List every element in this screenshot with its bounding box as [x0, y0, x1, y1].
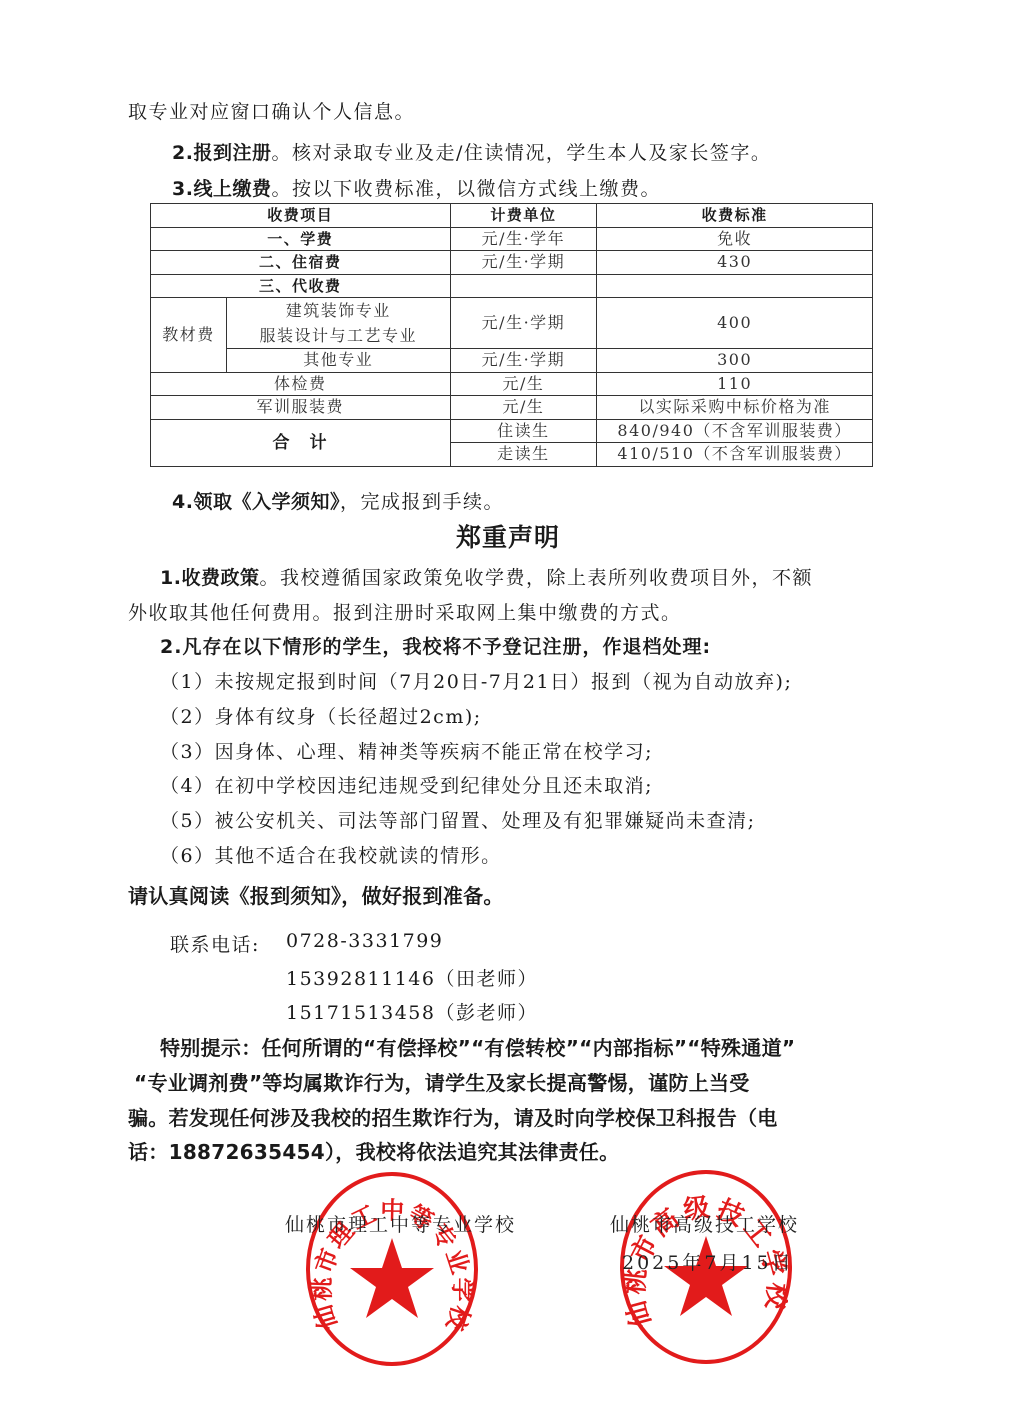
header-unit: 计费单位 [450, 204, 597, 228]
row-unit: 元/生 [450, 396, 597, 420]
header-item: 收费项目 [151, 204, 451, 228]
condition-2: （2）身体有纹身（长径超过2cm); [160, 702, 482, 729]
table-row: 合 计 住读生 840/940（不含军训服装费） [151, 419, 873, 443]
table-row: 二、住宿费 元/生·学期 430 [151, 251, 873, 275]
fee-table: 收费项目 计费单位 收费标准 一、学费 元/生·学年 免收 二、住宿费 元/生·… [150, 203, 873, 467]
row-unit [450, 274, 597, 298]
condition-6: （6）其他不适合在我校就读的情形。 [160, 841, 502, 868]
row-standard: 840/940（不含军训服装费） [597, 419, 873, 443]
row-standard: 300 [597, 349, 873, 373]
row-unit: 元/生·学期 [450, 298, 597, 349]
row-item: 一、学费 [151, 227, 451, 251]
reminder: 请认真阅读《报到须知》，做好报到准备。 [128, 880, 504, 909]
condition-4: （4）在初中学校因违纪违规受到纪律处分且还未取消; [160, 771, 653, 798]
contact-phone-1: 0728-3331799 [286, 930, 443, 952]
declaration-item-2-label: 2.凡存在以下情形的学生，我校将不予登记注册，作退档处理: [160, 632, 711, 659]
table-header-row: 收费项目 计费单位 收费标准 [151, 204, 873, 228]
seal-ring-text: 仙桃市理工中等专业学校 [310, 1176, 474, 1362]
row-standard: 430 [597, 251, 873, 275]
row-item: 二、住宿费 [151, 251, 451, 275]
signature-school-2: 仙桃市高级技工学校 [610, 1210, 799, 1237]
table-row: 三、代收费 [151, 274, 873, 298]
step-4: 4.领取《入学须知》，完成报到手续。 [172, 487, 504, 514]
row-item-majors: 建筑装饰专业 服装设计与工艺专业 [226, 298, 450, 349]
step-3-label: 3.线上缴费 [172, 178, 271, 200]
header-standard: 收费标准 [597, 204, 873, 228]
condition-1: （1）未按规定报到时间（7月20日-7月21日）报到（视为自动放弃); [160, 667, 792, 694]
row-standard: 110 [597, 372, 873, 396]
row-unit: 元/生 [450, 372, 597, 396]
seal-school-1: 仙桃市理工中等专业学校 [306, 1172, 478, 1366]
row-unit: 元/生·学期 [450, 251, 597, 275]
step-2-label: 2.报到注册 [172, 142, 271, 164]
row-unit: 走读生 [450, 443, 597, 467]
declaration-item-1-cont: 外收取其他任何费用。报到注册时采取网上集中缴费的方式。 [128, 598, 682, 625]
intro-continued-line: 取专业对应窗口确认个人信息。 [128, 97, 415, 124]
row-item: 军训服装费 [151, 396, 451, 420]
table-row: 军训服装费 元/生 以实际采购中标价格为准 [151, 396, 873, 420]
step-2-text: 。核对录取专业及走/住读情况，学生本人及家长签字。 [271, 142, 771, 164]
row-standard: 400 [597, 298, 873, 349]
row-standard [597, 274, 873, 298]
row-item: 体检费 [151, 372, 451, 396]
step-4-text: ，完成报到手续。 [340, 491, 504, 513]
warning-line-1: 特别提示：任何所谓的“有偿择校”“有偿转校”“内部指标”“特殊通道” [160, 1032, 795, 1061]
step-2: 2.报到注册。核对录取专业及走/住读情况，学生本人及家长签字。 [172, 138, 771, 165]
declaration-item-1: 1.收费政策。我校遵循国家政策免收学费，除上表所列收费项目外，不额 [160, 563, 813, 590]
row-unit: 元/生·学期 [450, 349, 597, 373]
warning-line-2: “专业调剂费”等均属欺诈行为，请学生及家长提高警惕，谨防上当受 [134, 1067, 750, 1096]
row-item-line2: 服装设计与工艺专业 [227, 323, 450, 348]
row-unit: 住读生 [450, 419, 597, 443]
condition-5: （5）被公安机关、司法等部门留置、处理及有犯罪嫌疑尚未查清; [160, 806, 756, 833]
table-row: 一、学费 元/生·学年 免收 [151, 227, 873, 251]
signature-school-1: 仙桃市理工中等专业学校 [285, 1210, 516, 1237]
row-standard: 以实际采购中标价格为准 [597, 396, 873, 420]
declaration-title: 郑重声明 [456, 518, 560, 554]
row-total: 合 计 [151, 419, 451, 466]
table-row: 教材费 建筑装饰专业 服装设计与工艺专业 元/生·学期 400 [151, 298, 873, 349]
row-group-textbook: 教材费 [151, 298, 227, 373]
step-4-label: 4.领取《入学须知》 [172, 491, 340, 513]
row-item: 其他专业 [226, 349, 450, 373]
declaration-item-1-text: 。我校遵循国家政策免收学费，除上表所列收费项目外，不额 [259, 567, 813, 589]
warning-line-3: 骗。若发现任何涉及我校的招生欺诈行为，请及时向学校保卫科报告（电 [128, 1102, 778, 1131]
contact-label: 联系电话: [170, 930, 260, 957]
step-3: 3.线上缴费。按以下收费标准，以微信方式线上缴费。 [172, 174, 661, 201]
step-3-text: 。按以下收费标准，以微信方式线上缴费。 [271, 178, 661, 200]
row-item-line1: 建筑装饰专业 [227, 298, 450, 323]
signature-date: 2025年7月15日 [622, 1248, 794, 1275]
table-row: 体检费 元/生 110 [151, 372, 873, 396]
row-standard: 免收 [597, 227, 873, 251]
table-row: 其他专业 元/生·学期 300 [151, 349, 873, 373]
contact-phone-2: 15392811146（田老师） [286, 964, 538, 991]
warning-line-4: 话：18872635454），我校将依法追究其法律责任。 [128, 1136, 619, 1165]
contact-phone-3: 15171513458（彭老师） [286, 998, 538, 1025]
declaration-item-1-label: 1.收费政策 [160, 567, 259, 589]
row-unit: 元/生·学年 [450, 227, 597, 251]
row-standard: 410/510（不含军训服装费） [597, 443, 873, 467]
row-item: 三、代收费 [151, 274, 451, 298]
condition-3: （3）因身体、心理、精神类等疾病不能正常在校学习; [160, 737, 653, 764]
